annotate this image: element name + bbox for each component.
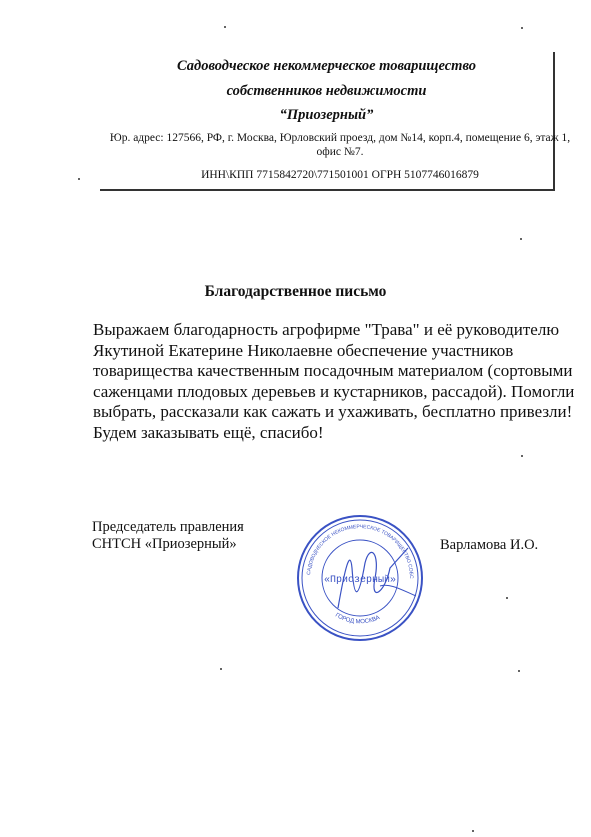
signatory-role: Председатель правления СНТСН «Приозерный… (92, 519, 244, 553)
scan-speck (521, 455, 523, 457)
body-line: Будем заказывать ещё, спасибо! (93, 423, 563, 444)
body-line: товарищества качественным посадочным мат… (93, 361, 563, 382)
address-line1: Юр. адрес: 127566, РФ, г. Москва, Юрловс… (100, 131, 580, 145)
scan-speck (472, 830, 474, 832)
scan-speck (220, 668, 222, 670)
legal-address: Юр. адрес: 127566, РФ, г. Москва, Юрловс… (100, 131, 580, 159)
org-name-line2: собственников недвижимости (100, 83, 553, 100)
scan-speck (78, 178, 80, 180)
scan-speck (224, 26, 226, 28)
scan-speck (520, 238, 522, 240)
scan-speck (506, 597, 508, 599)
body-line: Якутиной Екатерине Николаевне обеспечени… (93, 341, 563, 362)
role-line2: СНТСН «Приозерный» (92, 536, 244, 553)
body-line: Выражаем благодарность агрофирме "Трава"… (93, 320, 563, 341)
address-line2: офис №7. (100, 145, 580, 159)
svg-text:ГОРОД МОСКВА: ГОРОД МОСКВА (334, 612, 381, 625)
org-name-line1: Садоводческое некоммерческое товариществ… (100, 58, 553, 75)
scan-speck (518, 670, 520, 672)
letter-page: Садоводческое некоммерческое товариществ… (0, 0, 591, 837)
letter-title: Благодарственное письмо (0, 283, 591, 301)
org-name-line3: “Приозерный” (100, 107, 553, 124)
body-line: саженцами плодовых деревьев и кустарнико… (93, 382, 563, 403)
body-line: выбрать, рассказали как сажать и ухажива… (93, 402, 563, 423)
role-line1: Председатель правления (92, 519, 244, 536)
tax-ids: ИНН\КПП 7715842720\771501001 ОГРН 510774… (100, 169, 580, 181)
scan-speck (521, 27, 523, 29)
signatory-name: Варламова И.О. (440, 537, 538, 554)
letter-body: Выражаем благодарность агрофирме "Трава"… (93, 320, 563, 443)
official-stamp-icon: САДОВОДЧЕСКОЕ НЕКОММЕРЧЕСКОЕ ТОВАРИЩЕСТВ… (290, 508, 430, 648)
